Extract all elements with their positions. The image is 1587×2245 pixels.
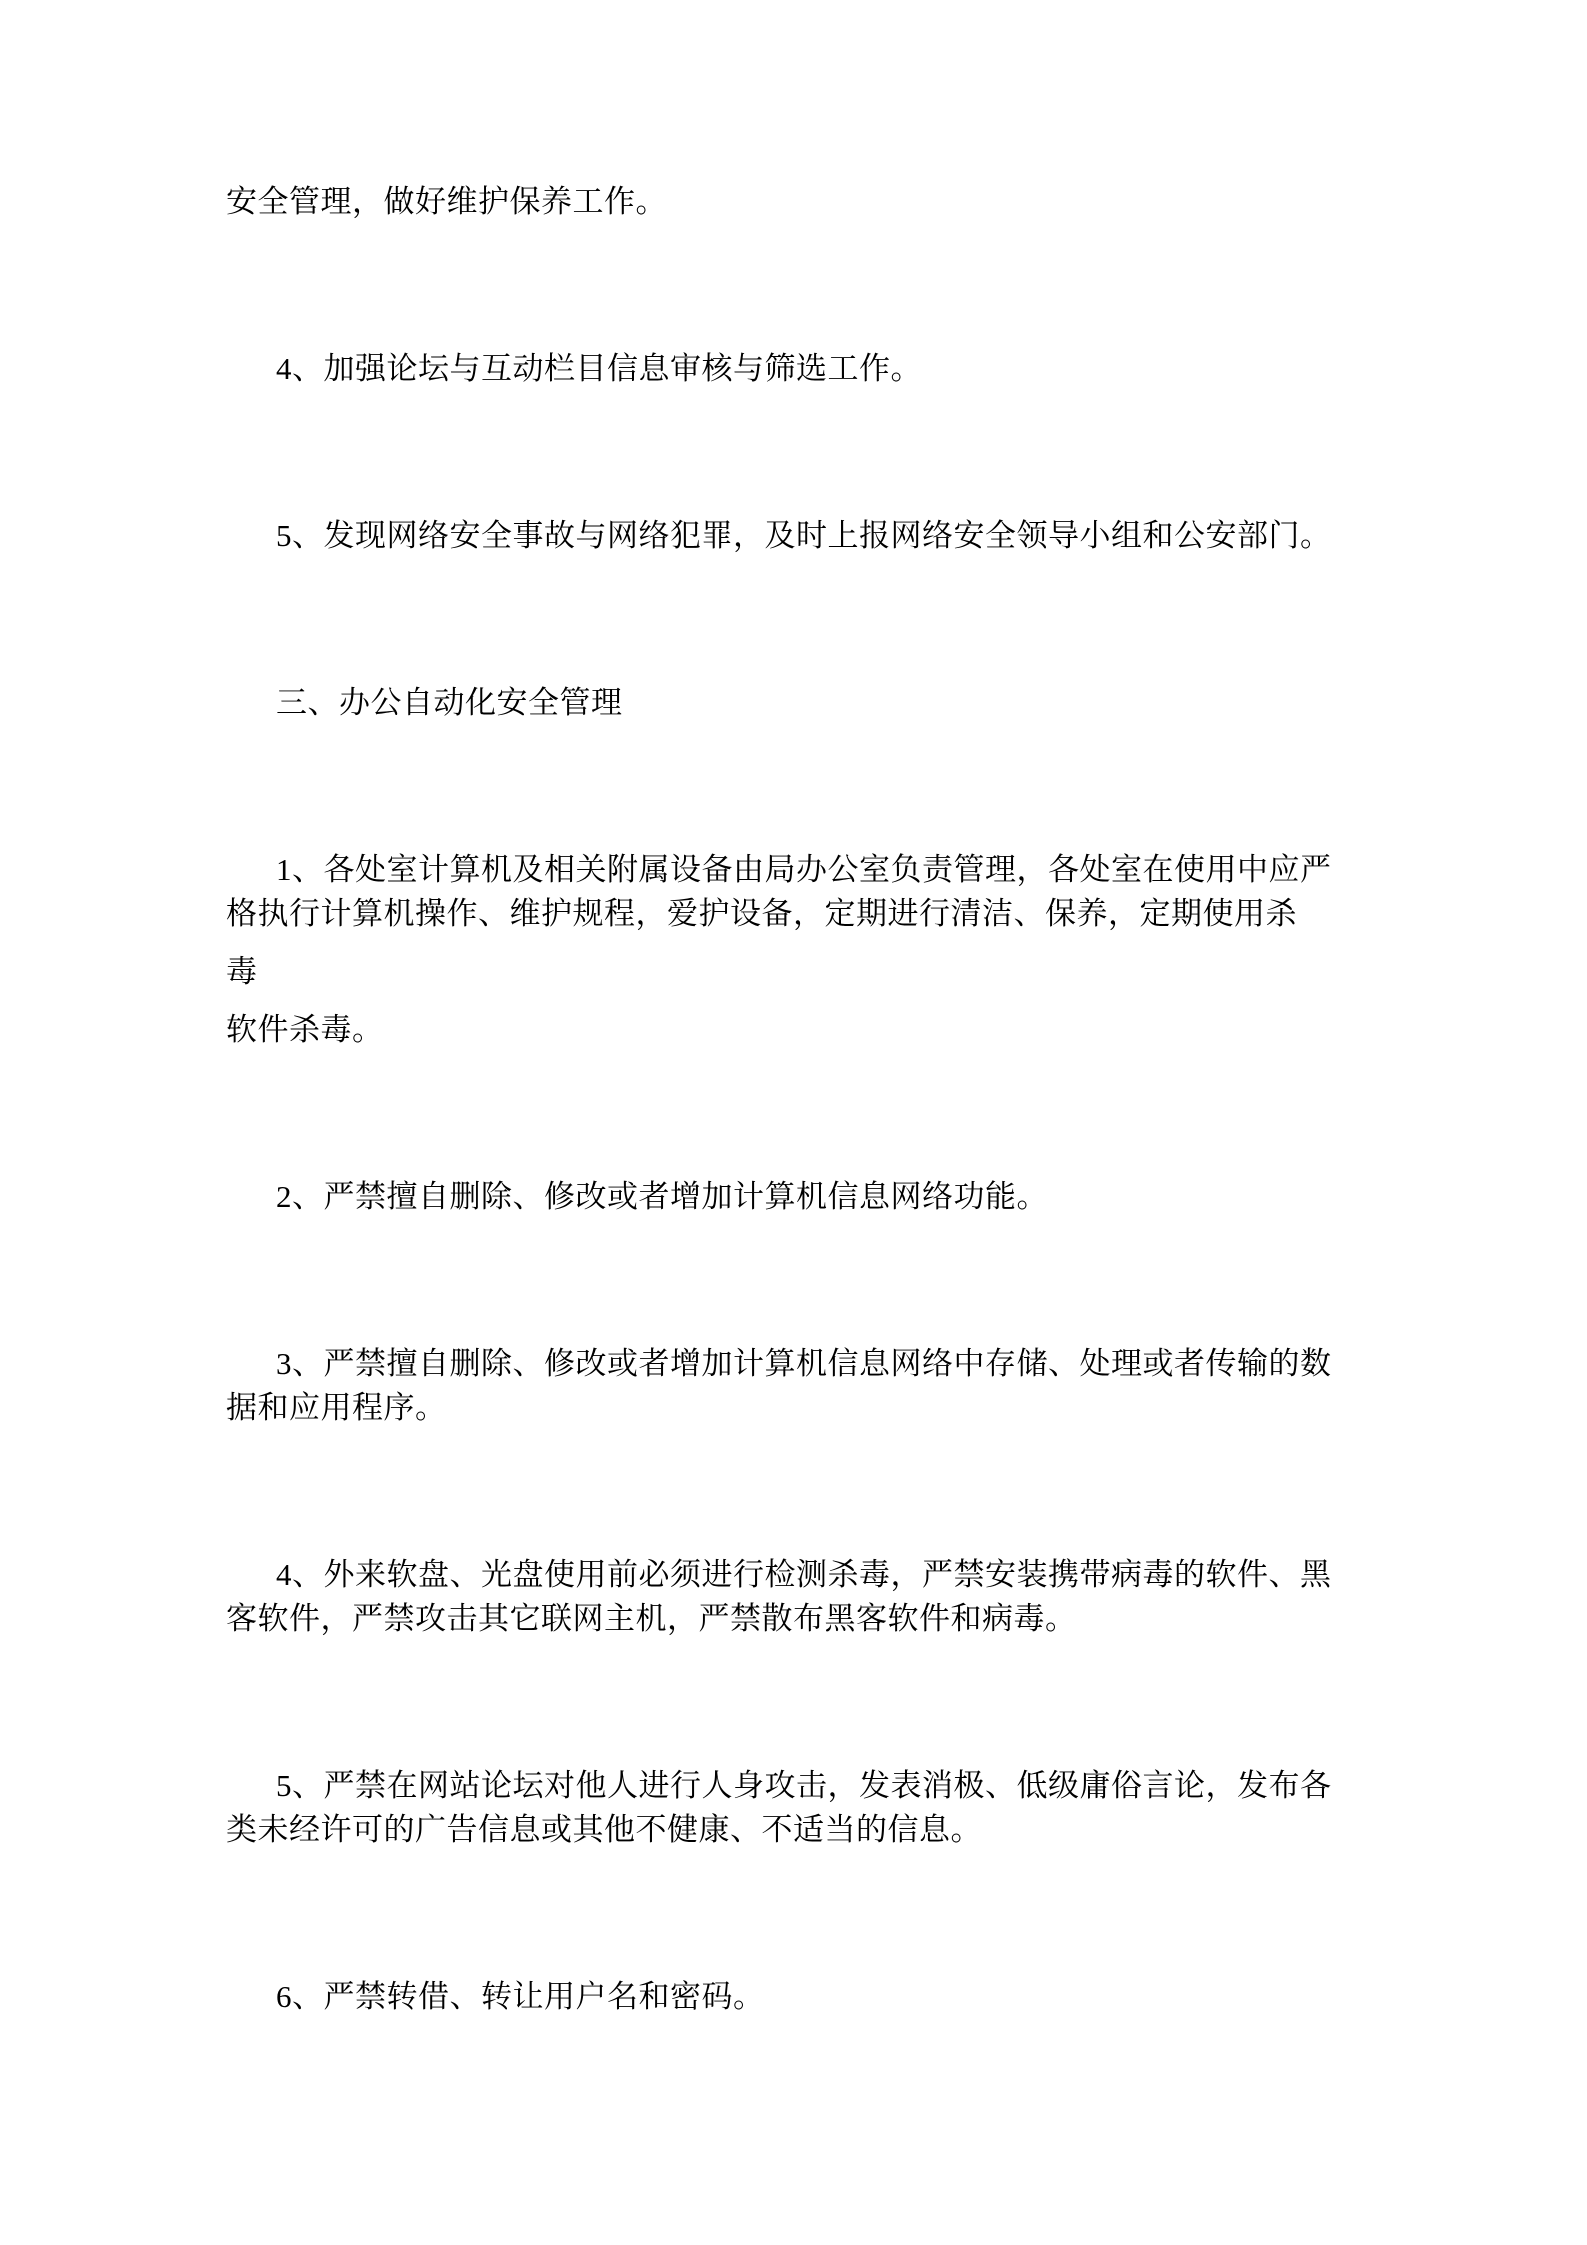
text-line: 类未经许可的广告信息或其他不健康、不适当的信息。 xyxy=(226,1808,1427,1852)
paragraph: 三、办公自动化安全管理 xyxy=(226,681,1427,725)
paragraph: 安全管理，做好维护保养工作。 xyxy=(226,180,1427,224)
paragraph: 4、外来软盘、光盘使用前必须进行检测杀毒，严禁安装携带病毒的软件、黑客软件，严禁… xyxy=(226,1553,1427,1641)
paragraph: 6、严禁转借、转让用户名和密码。 xyxy=(226,1975,1427,2019)
text-line: 4、加强论坛与互动栏目信息审核与筛选工作。 xyxy=(226,347,1427,391)
text-line: 3、严禁擅自删除、修改或者增加计算机信息网络中存储、处理或者传输的数 xyxy=(226,1342,1427,1386)
text-line: 1、各处室计算机及相关附属设备由局办公室负责管理，各处室在使用中应严 xyxy=(226,848,1427,892)
text-line: 软件杀毒。 xyxy=(226,1008,1427,1052)
paragraph: 3、严禁擅自删除、修改或者增加计算机信息网络中存储、处理或者传输的数据和应用程序… xyxy=(226,1342,1427,1430)
text-line: 5、发现网络安全事故与网络犯罪，及时上报网络安全领导小组和公安部门。 xyxy=(226,514,1427,558)
text-line: 4、外来软盘、光盘使用前必须进行检测杀毒，严禁安装携带病毒的软件、黑 xyxy=(226,1553,1427,1597)
paragraph: 5、发现网络安全事故与网络犯罪，及时上报网络安全领导小组和公安部门。 xyxy=(226,514,1427,558)
paragraph: 毒 xyxy=(226,950,1427,994)
text-line: 5、严禁在网站论坛对他人进行人身攻击，发表消极、低级庸俗言论，发布各 xyxy=(226,1764,1427,1808)
paragraph: 4、加强论坛与互动栏目信息审核与筛选工作。 xyxy=(226,347,1427,391)
text-line: 据和应用程序。 xyxy=(226,1386,1427,1430)
document-page: 安全管理，做好维护保养工作。4、加强论坛与互动栏目信息审核与筛选工作。5、发现网… xyxy=(0,0,1587,2245)
text-line: 毒 xyxy=(226,950,1427,994)
paragraph: 5、严禁在网站论坛对他人进行人身攻击，发表消极、低级庸俗言论，发布各类未经许可的… xyxy=(226,1764,1427,1852)
text-line: 三、办公自动化安全管理 xyxy=(226,681,1427,725)
text-line: 安全管理，做好维护保养工作。 xyxy=(226,180,1427,224)
text-line: 客软件，严禁攻击其它联网主机，严禁散布黑客软件和病毒。 xyxy=(226,1597,1427,1641)
paragraph: 软件杀毒。 xyxy=(226,1008,1427,1052)
text-line: 6、严禁转借、转让用户名和密码。 xyxy=(226,1975,1427,2019)
text-line: 2、严禁擅自删除、修改或者增加计算机信息网络功能。 xyxy=(226,1175,1427,1219)
paragraph: 1、各处室计算机及相关附属设备由局办公室负责管理，各处室在使用中应严格执行计算机… xyxy=(226,848,1427,936)
text-line: 格执行计算机操作、维护规程，爱护设备，定期进行清洁、保养，定期使用杀 xyxy=(226,892,1427,936)
paragraph: 2、严禁擅自删除、修改或者增加计算机信息网络功能。 xyxy=(226,1175,1427,1219)
